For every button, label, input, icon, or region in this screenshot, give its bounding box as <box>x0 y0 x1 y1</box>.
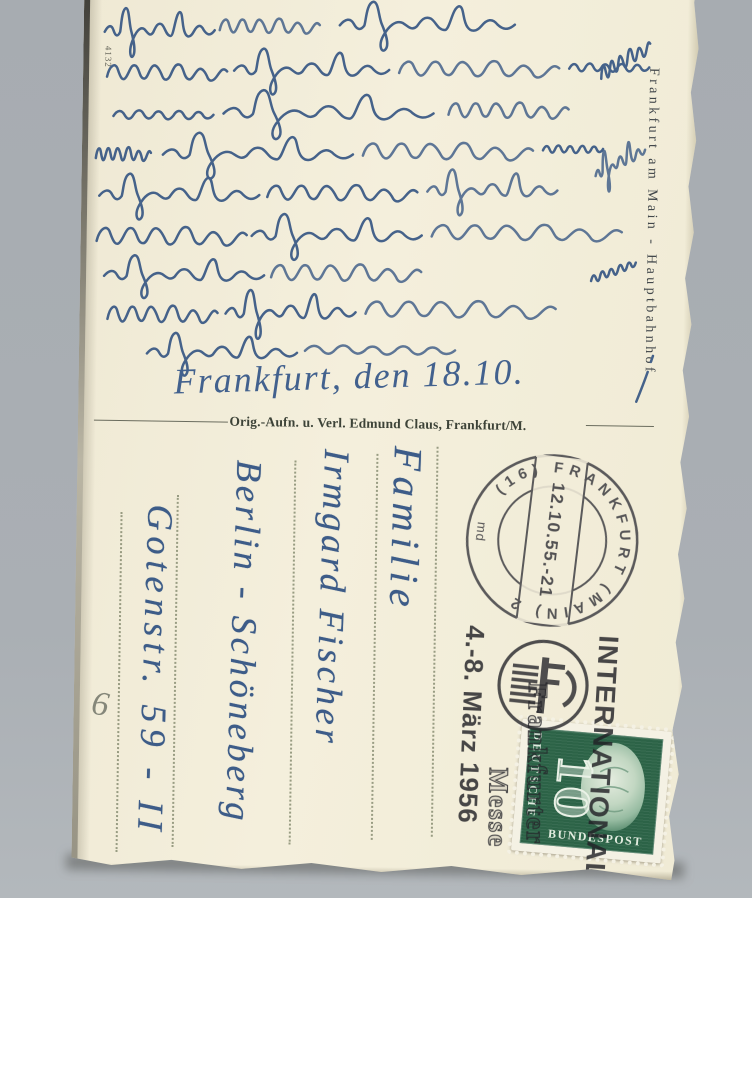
divider-line-right <box>586 425 654 427</box>
slogan-line-messe: Messe <box>482 767 514 848</box>
circular-postmark: (16) FRANKFURT (MAIN) 2 md 12.10.55.-21 <box>452 440 652 640</box>
scanner-background: 4132 Frankfurt am Main - Hauptbahnhof Or… <box>0 0 752 898</box>
publisher-imprint: Orig.-Aufn. u. Verl. Edmund Claus, Frank… <box>228 414 528 434</box>
address-ruling-line <box>116 512 123 852</box>
slogan-line-frankfurter: Frankfurter <box>520 682 553 845</box>
postcard-back: 4132 Frankfurt am Main - Hauptbahnhof Or… <box>71 0 701 881</box>
address-ruling-line <box>289 461 297 845</box>
caption-end-ink-mark <box>636 356 653 402</box>
svg-text:md: md <box>473 521 490 543</box>
handwritten-message <box>84 0 670 412</box>
scan-bottom-margin <box>0 898 752 1072</box>
card-edge-shade-right <box>675 0 701 881</box>
pencil-number: 6 <box>89 685 112 725</box>
address-ruling-line <box>431 447 439 837</box>
address-line-name: Irmgard Fischer <box>307 449 359 748</box>
address-line-recipient: Familie <box>380 446 432 614</box>
address-line-city: Berlin - Schöneberg <box>217 459 271 825</box>
address-ruling-line <box>371 454 379 840</box>
divider-line-left <box>94 420 228 423</box>
